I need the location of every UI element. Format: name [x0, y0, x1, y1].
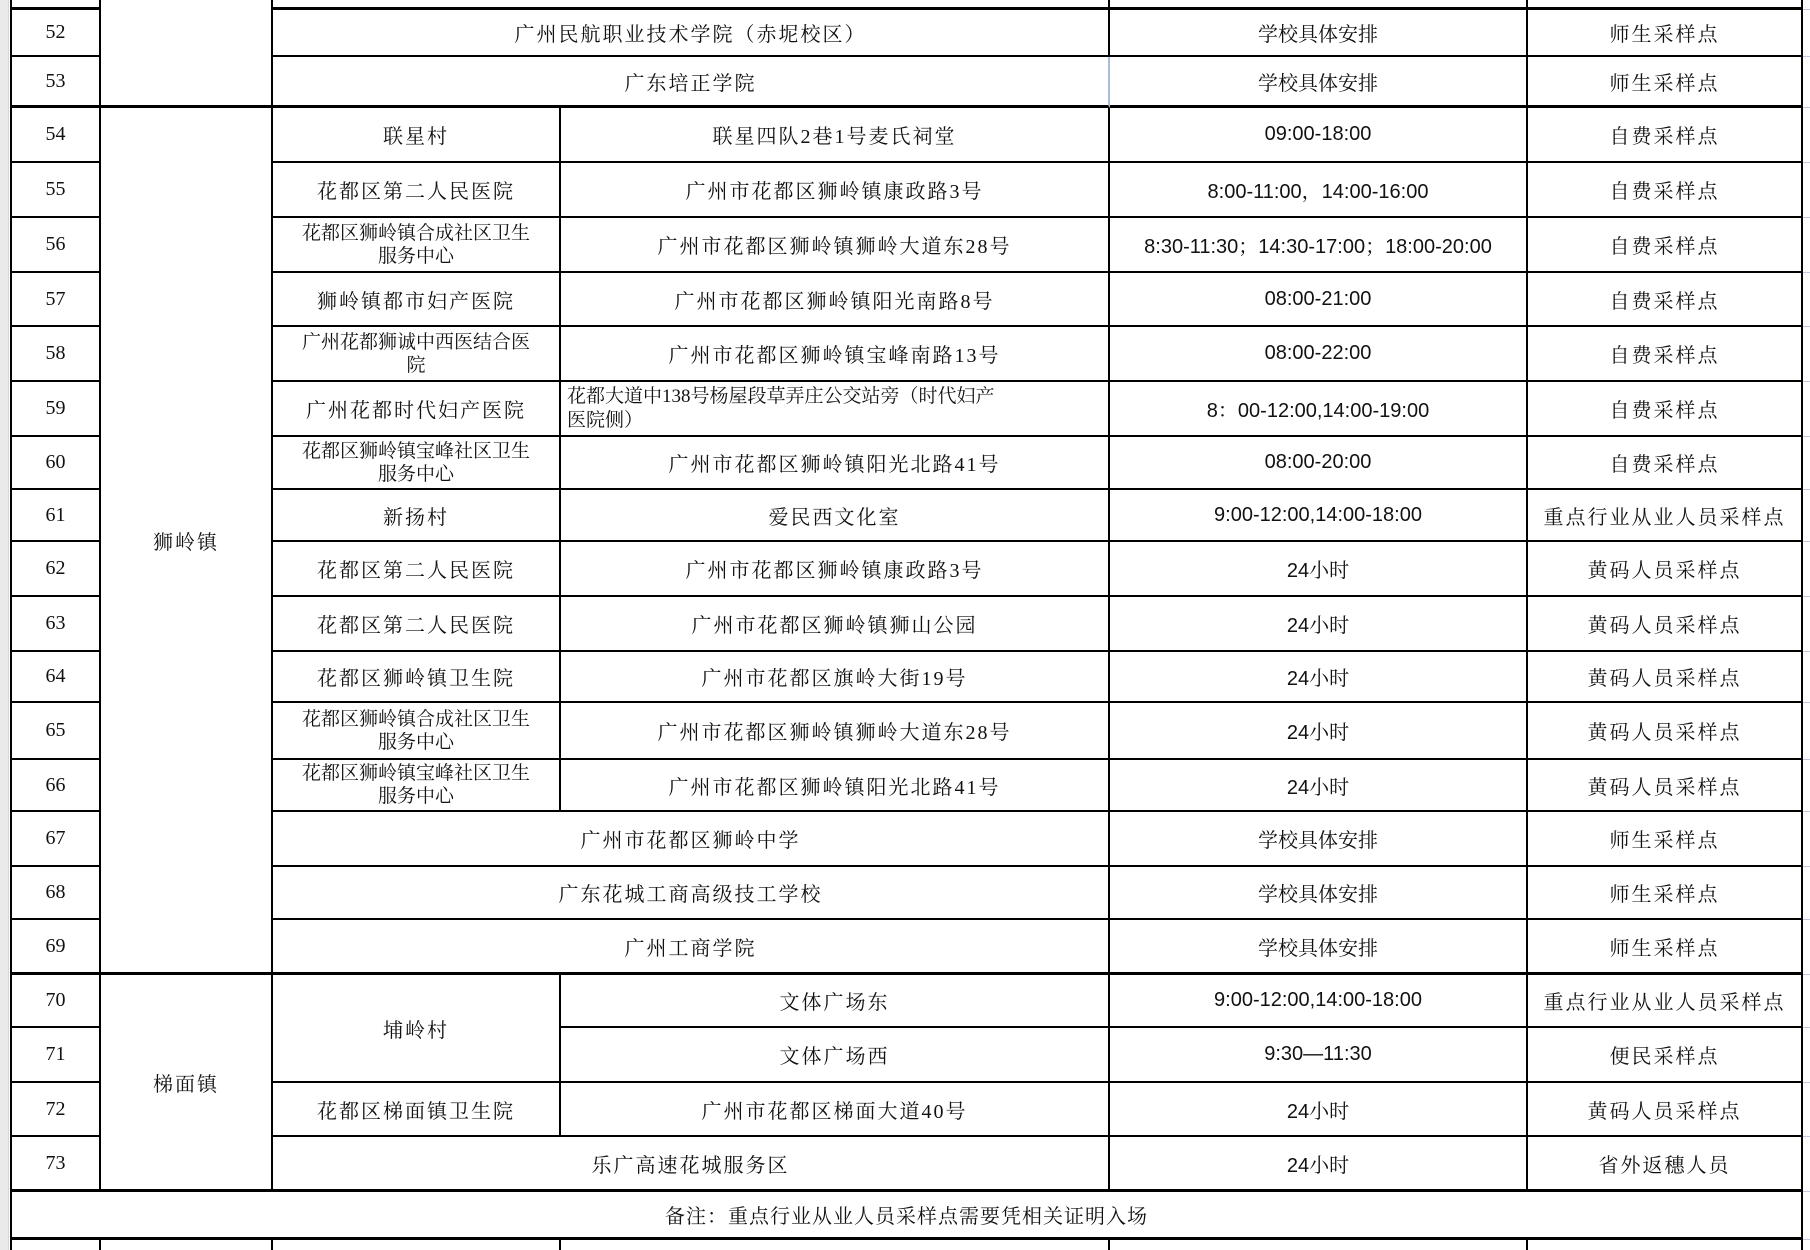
- gridline-tick: [1803, 702, 1810, 703]
- gridline-tick: [1803, 1136, 1810, 1137]
- time-cell: 学校具体安排: [1110, 10, 1528, 57]
- type-cell: 黄码人员采样点: [1528, 652, 1803, 703]
- site-name-cell: 乐广高速花城服务区: [273, 1137, 1110, 1192]
- type-cell: 重点行业从业人员采样点: [1528, 490, 1803, 542]
- row-number-cell: 64: [10, 652, 101, 703]
- site-name-cell: 花都区狮岭镇宝峰社区卫生 服务中心: [273, 760, 561, 812]
- address-cell: 广州市花都区狮岭镇狮岭大道东28号: [561, 703, 1110, 760]
- gridline-tick: [1803, 974, 1810, 975]
- gridline-tick: [1803, 56, 1810, 57]
- site-name-cell: 花都区狮岭镇合成社区卫生 服务中心: [273, 703, 561, 760]
- gridline-tick: [1803, 217, 1810, 218]
- table-row: 56花都区狮岭镇合成社区卫生 服务中心广州市花都区狮岭镇狮岭大道东28号8:30…: [10, 218, 1803, 273]
- time-cell: 08:00-21:00: [1110, 273, 1528, 327]
- site-name-cell: 花都区第二人民医院: [273, 597, 561, 652]
- type-cell: 自费采样点: [1528, 382, 1803, 437]
- row-number-cell: 61: [10, 490, 101, 542]
- type-cell: 师生采样点: [1528, 10, 1803, 57]
- type-cell: 黄码人员采样点: [1528, 597, 1803, 652]
- site-name-cell: 广州花都时代妇产医院: [273, 382, 561, 437]
- row-number-cell: 59: [10, 382, 101, 437]
- time-cell: 08:00-22:00: [1110, 327, 1528, 382]
- time-cell: 08:00-20:00: [1110, 437, 1528, 490]
- row-number-cell: 54: [10, 108, 101, 163]
- gridline-tick: [1803, 919, 1810, 920]
- address-cell: 广州市花都区狮岭镇阳光北路41号: [561, 437, 1110, 490]
- site-name-cell: 新扬村: [273, 490, 561, 542]
- town-cell: 狮岭镇: [101, 108, 273, 975]
- partial-cell: [10, 1240, 101, 1250]
- time-cell: 学校具体安排: [1110, 867, 1528, 920]
- table-row: 69广州工商学院学校具体安排师生采样点: [10, 920, 1803, 975]
- town-cell: 梯面镇: [101, 975, 273, 1192]
- gridline-tick: [1803, 272, 1810, 273]
- gridline-tick: [1803, 759, 1810, 760]
- gridline-tick: [1803, 9, 1810, 10]
- row-number-cell: 66: [10, 760, 101, 812]
- table-row: 67广州市花都区狮岭中学学校具体安排师生采样点: [10, 812, 1803, 867]
- type-cell: 黄码人员采样点: [1528, 542, 1803, 597]
- row-number-cell: 60: [10, 437, 101, 490]
- site-name-cell: 花都区狮岭镇卫生院: [273, 652, 561, 703]
- site-name-cell: 广东花城工商高级技工学校: [273, 867, 1110, 920]
- address-cell: 广州市花都区狮岭镇康政路3号: [561, 163, 1110, 218]
- gridline-tick: [1803, 596, 1810, 597]
- site-name-cell: 广州市花都区狮岭中学: [273, 812, 1110, 867]
- gridline-tick: [1803, 381, 1810, 382]
- row-number-cell: 62: [10, 542, 101, 597]
- time-cell: 学校具体安排: [1110, 920, 1528, 975]
- time-cell: 24小时: [1110, 652, 1528, 703]
- type-cell: 黄码人员采样点: [1528, 760, 1803, 812]
- table-row: 72花都区梯面镇卫生院广州市花都区梯面大道40号24小时黄码人员采样点: [10, 1083, 1803, 1137]
- time-cell: 24小时: [1110, 1083, 1528, 1137]
- address-cell: 广州市花都区狮岭镇狮山公园: [561, 597, 1110, 652]
- address-cell: 文体广场东: [561, 975, 1110, 1028]
- time-cell: 学校具体安排: [1110, 57, 1528, 108]
- site-name-cell: 花都区梯面镇卫生院: [273, 1083, 561, 1137]
- partial-cell: [1528, 0, 1803, 10]
- gridline-tick: [1803, 1082, 1810, 1083]
- type-cell: 黄码人员采样点: [1528, 703, 1803, 760]
- table-row: 66花都区狮岭镇宝峰社区卫生 服务中心广州市花都区狮岭镇阳光北路41号24小时黄…: [10, 760, 1803, 812]
- table-row: 68广东花城工商高级技工学校学校具体安排师生采样点: [10, 867, 1803, 920]
- time-cell: 9:30—11:30: [1110, 1028, 1528, 1083]
- table-row: 62花都区第二人民医院广州市花都区狮岭镇康政路3号24小时黄码人员采样点: [10, 542, 1803, 597]
- time-cell: 学校具体安排: [1110, 812, 1528, 867]
- site-name-cell: 花都区狮岭镇宝峰社区卫生 服务中心: [273, 437, 561, 490]
- type-cell: 师生采样点: [1528, 920, 1803, 975]
- address-cell: 广州市花都区梯面大道40号: [561, 1083, 1110, 1137]
- table-row: 59广州花都时代妇产医院花都大道中138号杨屋段草弄庄公交站旁（时代妇产 医院侧…: [10, 382, 1803, 437]
- table-row: 73乐广高速花城服务区24小时省外返穗人员: [10, 1137, 1803, 1192]
- gridline-tick: [1803, 1239, 1810, 1240]
- row-number-cell: 52: [10, 10, 101, 57]
- row-number-cell: 70: [10, 975, 101, 1028]
- site-name-cell: 联星村: [273, 108, 561, 163]
- time-cell: 8:00-11:00，14:00-16:00: [1110, 163, 1528, 218]
- address-cell: 爱民西文化室: [561, 490, 1110, 542]
- gridline-tick: [1803, 811, 1810, 812]
- table-row: 61新扬村爱民西文化室9:00-12:00,14:00-18:00重点行业从业人…: [10, 490, 1803, 542]
- site-name-cell: 狮岭镇都市妇产医院: [273, 273, 561, 327]
- table-row: 60花都区狮岭镇宝峰社区卫生 服务中心广州市花都区狮岭镇阳光北路41号08:00…: [10, 437, 1803, 490]
- row-number-cell: 67: [10, 812, 101, 867]
- table-row: 57狮岭镇都市妇产医院广州市花都区狮岭镇阳光南路8号08:00-21:00自费采…: [10, 273, 1803, 327]
- address-cell: 广州市花都区狮岭镇狮岭大道东28号: [561, 218, 1110, 273]
- sampling-sites-table: 52广州民航职业技术学院（赤坭校区）学校具体安排师生采样点53广东培正学院学校具…: [10, 0, 1803, 1250]
- row-number-cell: 56: [10, 218, 101, 273]
- gridline-tick: [1803, 107, 1810, 108]
- row-number-cell: 58: [10, 327, 101, 382]
- partial-cell: [1528, 1240, 1803, 1250]
- type-cell: 师生采样点: [1528, 57, 1803, 108]
- time-cell: 9:00-12:00,14:00-18:00: [1110, 490, 1528, 542]
- address-cell: 文体广场西: [561, 1028, 1110, 1083]
- row-number-cell: 72: [10, 1083, 101, 1137]
- row-number-cell: 57: [10, 273, 101, 327]
- address-cell: 广州市花都区狮岭镇宝峰南路13号: [561, 327, 1110, 382]
- table-row: 58广州花都狮诚中西医结合医 院广州市花都区狮岭镇宝峰南路13号08:00-22…: [10, 327, 1803, 382]
- spreadsheet-page: 52广州民航职业技术学院（赤坭校区）学校具体安排师生采样点53广东培正学院学校具…: [0, 0, 1810, 1250]
- partial-cell: [1110, 1240, 1528, 1250]
- gridline-tick: [1803, 866, 1810, 867]
- table-row: 55花都区第二人民医院广州市花都区狮岭镇康政路3号8:00-11:00，14:0…: [10, 163, 1803, 218]
- gridline-tick: [1803, 541, 1810, 542]
- gridline-tick: [1803, 326, 1810, 327]
- partial-cell: [101, 1240, 273, 1250]
- note-row: 备注：重点行业从业人员采样点需要凭相关证明入场: [10, 1192, 1803, 1240]
- row-number-cell: 71: [10, 1028, 101, 1083]
- row-number-cell: 53: [10, 57, 101, 108]
- type-cell: 自费采样点: [1528, 327, 1803, 382]
- site-name-cell: 广东培正学院: [273, 57, 1110, 108]
- type-cell: 自费采样点: [1528, 163, 1803, 218]
- type-cell: 师生采样点: [1528, 812, 1803, 867]
- time-cell: 8:30-11:30；14:30-17:00；18:00-20:00: [1110, 218, 1528, 273]
- gridline-tick: [1803, 162, 1810, 163]
- site-name-cell: 花都区狮岭镇合成社区卫生 服务中心: [273, 218, 561, 273]
- partial-cell: [273, 0, 1110, 10]
- row-number-cell: 63: [10, 597, 101, 652]
- row-number-cell: 73: [10, 1137, 101, 1192]
- address-cell: 广州市花都区狮岭镇阳光南路8号: [561, 273, 1110, 327]
- table-row: 54狮岭镇联星村联星四队2巷1号麦氏祠堂09:00-18:00自费采样点: [10, 108, 1803, 163]
- partial-town-cell: [101, 0, 273, 10]
- type-cell: 黄码人员采样点: [1528, 1083, 1803, 1137]
- type-cell: 自费采样点: [1528, 108, 1803, 163]
- town-cell: [101, 10, 273, 108]
- type-cell: 自费采样点: [1528, 437, 1803, 490]
- row-number-cell: 68: [10, 867, 101, 920]
- site-name-cell: 广州民航职业技术学院（赤坭校区）: [273, 10, 1110, 57]
- site-name-cell: 花都区第二人民医院: [273, 542, 561, 597]
- time-cell: 24小时: [1110, 760, 1528, 812]
- window-left-edge: [0, 0, 9, 1250]
- time-cell: 09:00-18:00: [1110, 108, 1528, 163]
- gridline-tick: [1803, 489, 1810, 490]
- type-cell: 自费采样点: [1528, 218, 1803, 273]
- time-cell: 9:00-12:00,14:00-18:00: [1110, 975, 1528, 1028]
- gridline-tick: [1803, 651, 1810, 652]
- row-number-cell: 55: [10, 163, 101, 218]
- gridline-tick: [1803, 1191, 1810, 1192]
- time-cell: 24小时: [1110, 703, 1528, 760]
- address-cell: 广州市花都区狮岭镇阳光北路41号: [561, 760, 1110, 812]
- partial-cell: [561, 1240, 1110, 1250]
- row-number-cell: 69: [10, 920, 101, 975]
- partial-cell: [273, 1240, 561, 1250]
- type-cell: 师生采样点: [1528, 867, 1803, 920]
- site-name-cell: 花都区第二人民医院: [273, 163, 561, 218]
- site-name-cell: 广州花都狮诚中西医结合医 院: [273, 327, 561, 382]
- time-cell: 24小时: [1110, 542, 1528, 597]
- address-cell: 联星四队2巷1号麦氏祠堂: [561, 108, 1110, 163]
- table-row: 64花都区狮岭镇卫生院广州市花都区旗岭大街19号24小时黄码人员采样点: [10, 652, 1803, 703]
- time-cell: 24小时: [1110, 1137, 1528, 1192]
- note-cell: 备注：重点行业从业人员采样点需要凭相关证明入场: [10, 1192, 1803, 1240]
- partial-cell: [10, 0, 101, 10]
- gridline-tick: [1803, 436, 1810, 437]
- table-row: 70梯面镇埔岭村文体广场东9:00-12:00,14:00-18:00重点行业从…: [10, 975, 1803, 1028]
- partial-row-bottom: [10, 1240, 1803, 1250]
- table-row: 52广州民航职业技术学院（赤坭校区）学校具体安排师生采样点: [10, 10, 1803, 57]
- type-cell: 自费采样点: [1528, 273, 1803, 327]
- row-number-cell: 65: [10, 703, 101, 760]
- address-cell: 花都大道中138号杨屋段草弄庄公交站旁（时代妇产 医院侧）: [561, 382, 1110, 437]
- table-row: 65花都区狮岭镇合成社区卫生 服务中心广州市花都区狮岭镇狮岭大道东28号24小时…: [10, 703, 1803, 760]
- partial-row-top: [10, 0, 1803, 10]
- time-cell: 24小时: [1110, 597, 1528, 652]
- table-row: 53广东培正学院学校具体安排师生采样点: [10, 57, 1803, 108]
- address-cell: 广州市花都区狮岭镇康政路3号: [561, 542, 1110, 597]
- type-cell: 便民采样点: [1528, 1028, 1803, 1083]
- site-name-cell: 埔岭村: [273, 975, 561, 1083]
- type-cell: 重点行业从业人员采样点: [1528, 975, 1803, 1028]
- address-cell: 广州市花都区旗岭大街19号: [561, 652, 1110, 703]
- type-cell: 省外返穗人员: [1528, 1137, 1803, 1192]
- site-name-cell: 广州工商学院: [273, 920, 1110, 975]
- table-row: 63花都区第二人民医院广州市花都区狮岭镇狮山公园24小时黄码人员采样点: [10, 597, 1803, 652]
- partial-cell: [1110, 0, 1528, 10]
- gridline-tick: [1803, 1027, 1810, 1028]
- time-cell: 8：00-12:00,14:00-19:00: [1110, 382, 1528, 437]
